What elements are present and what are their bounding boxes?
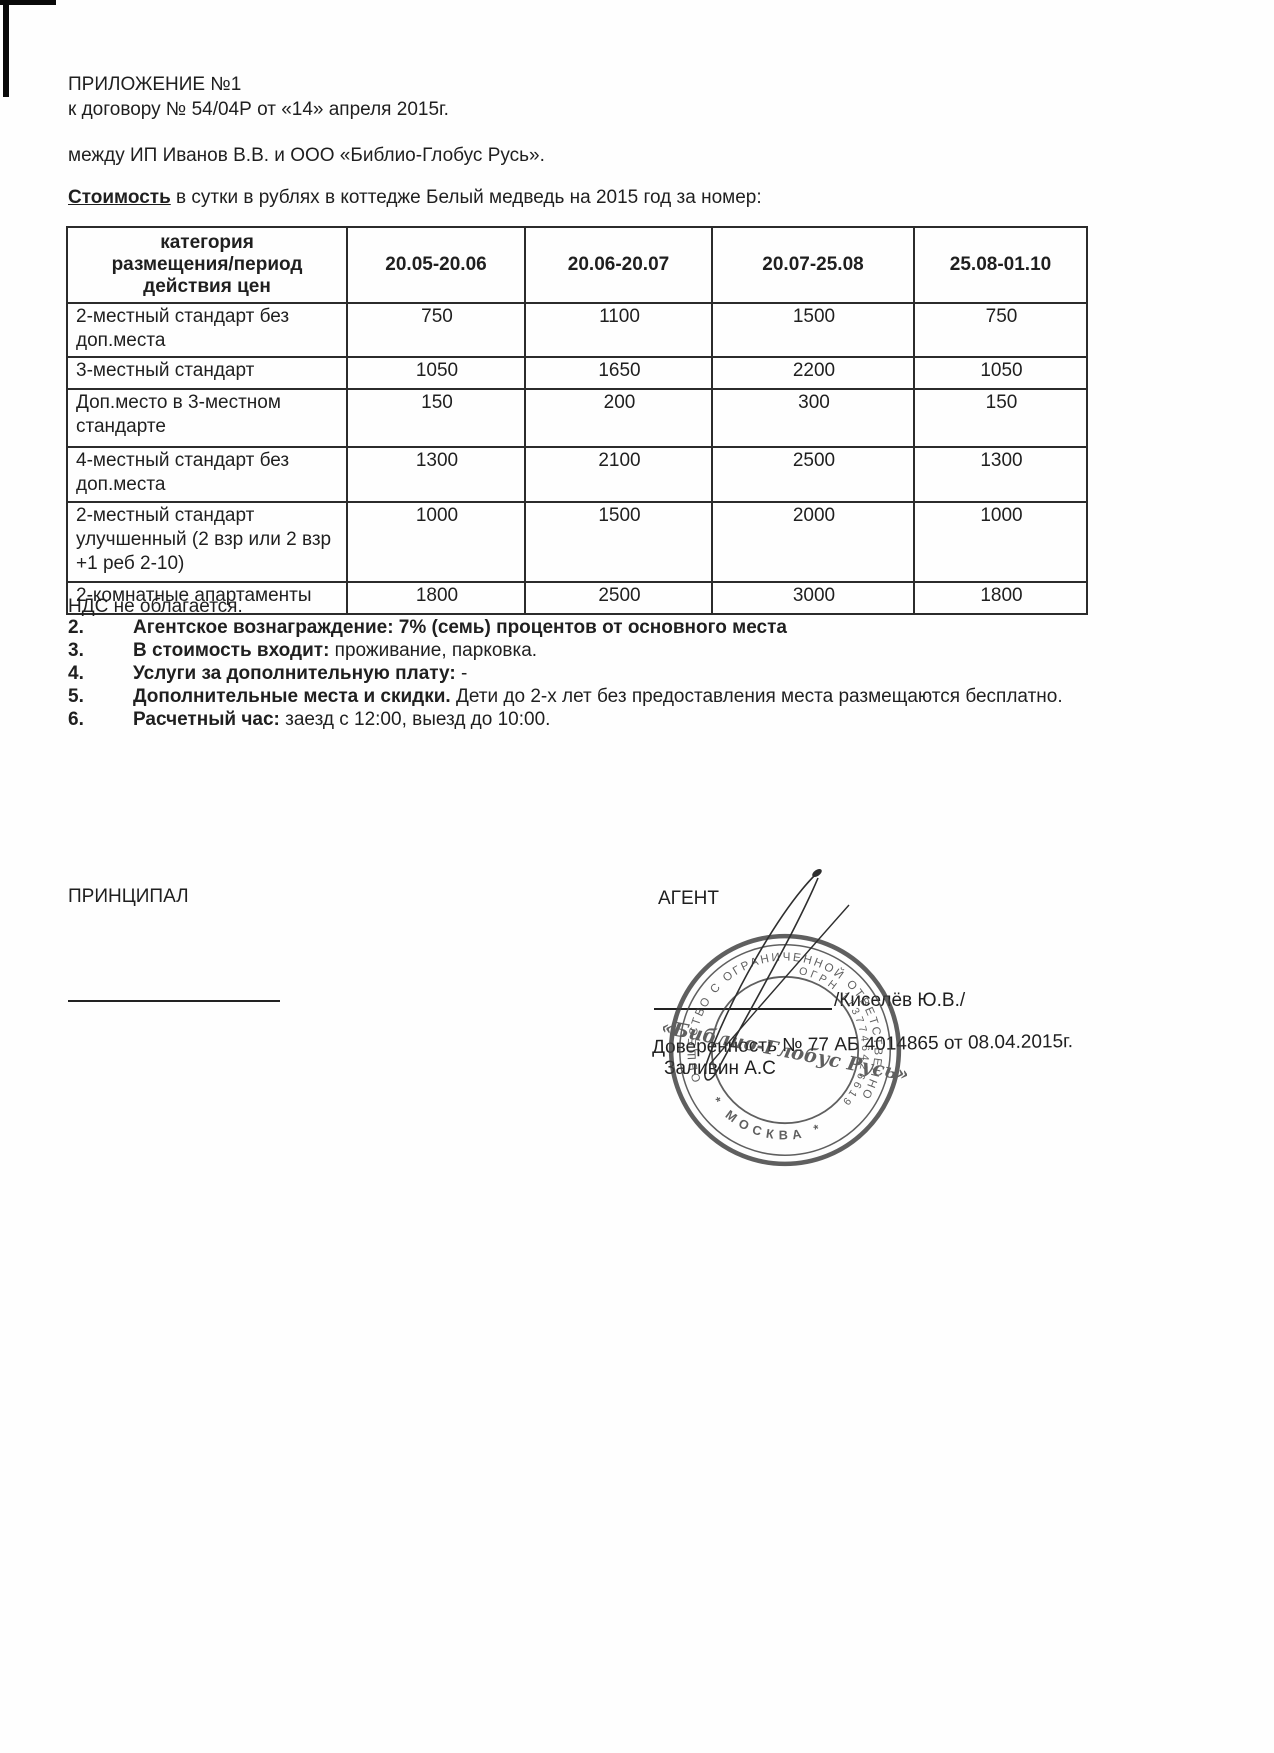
table-row: 4-местный стандарт без доп.места 1300 21… <box>67 447 1087 502</box>
column-header-period-2: 20.06-20.07 <box>525 227 712 303</box>
note-item: 5. Дополнительные места и скидки. Дети д… <box>68 685 1168 708</box>
row-category: 2-местный стандарт улучшенный (2 взр или… <box>67 502 347 582</box>
row-category: 3-местный стандарт <box>67 357 347 389</box>
price-cell: 1650 <box>525 357 712 389</box>
price-cell: 1050 <box>914 357 1087 389</box>
column-header-period-4: 25.08-01.10 <box>914 227 1087 303</box>
note-number: 4. <box>68 662 133 685</box>
note-number: 2. <box>68 616 133 639</box>
principal-label: ПРИНЦИПАЛ <box>68 884 189 909</box>
price-intro-line: Стоимость в сутки в рублях в коттедже Бе… <box>68 185 762 210</box>
price-table: категория размещения/период действия цен… <box>66 226 1088 615</box>
parties-line: между ИП Иванов В.В. и ООО «Библио-Глобу… <box>68 143 545 168</box>
table-row: 3-местный стандарт 1050 1650 2200 1050 <box>67 357 1087 389</box>
price-cell: 2200 <box>712 357 914 389</box>
price-cell: 2500 <box>712 447 914 502</box>
price-intro-rest: в сутки в рублях в коттедже Белый медвед… <box>171 187 762 208</box>
price-cell: 2500 <box>525 582 712 614</box>
row-category: 4-местный стандарт без доп.места <box>67 447 347 502</box>
price-cell: 1000 <box>347 502 525 582</box>
price-cell: 1800 <box>914 582 1087 614</box>
note-number: 6. <box>68 708 133 731</box>
note-number: 3. <box>68 639 133 662</box>
price-cell: 200 <box>525 389 712 447</box>
table-row: Доп.место в 3-местном стандарте 150 200 … <box>67 389 1087 447</box>
table-row: 2-местный стандарт без доп.места 750 110… <box>67 303 1087 357</box>
scanned-document-page: ПРИЛОЖЕНИЕ №1 к договору № 54/04Р от «14… <box>0 0 1274 1753</box>
price-cell: 1300 <box>347 447 525 502</box>
price-cell: 1000 <box>914 502 1087 582</box>
table-header-row: категория размещения/период действия цен… <box>67 227 1087 303</box>
price-cell: 150 <box>914 389 1087 447</box>
note-item: 4. Услуги за дополнительную плату: - <box>68 662 1168 685</box>
column-header-period-1: 20.05-20.06 <box>347 227 525 303</box>
note-item: 6. Расчетный час: заезд с 12:00, выезд д… <box>68 708 1168 731</box>
price-cell: 1500 <box>525 502 712 582</box>
table-row: 2-местный стандарт улучшенный (2 взр или… <box>67 502 1087 582</box>
price-cell: 750 <box>914 303 1087 357</box>
price-cell: 1300 <box>914 447 1087 502</box>
contract-reference-line: к договору № 54/04Р от «14» апреля 2015г… <box>68 97 449 122</box>
price-cell: 2000 <box>712 502 914 582</box>
note-item: 2. Агентское вознаграждение: 7% (семь) п… <box>68 616 1168 639</box>
price-intro-lead: Стоимость <box>68 187 171 208</box>
column-header-category: категория размещения/период действия цен <box>67 227 347 303</box>
price-cell: 750 <box>347 303 525 357</box>
price-cell: 150 <box>347 389 525 447</box>
price-cell: 2100 <box>525 447 712 502</box>
price-cell: 1050 <box>347 357 525 389</box>
handwritten-signature <box>620 850 880 1100</box>
price-cell: 1100 <box>525 303 712 357</box>
price-cell: 3000 <box>712 582 914 614</box>
price-cell: 1500 <box>712 303 914 357</box>
price-cell: 1800 <box>347 582 525 614</box>
page-corner-mark <box>3 0 9 97</box>
note-item: 3. В стоимость входит: проживание, парко… <box>68 639 1168 662</box>
principal-signature-line <box>68 1000 280 1002</box>
appendix-title: ПРИЛОЖЕНИЕ №1 <box>68 72 241 97</box>
row-category: 2-местный стандарт без доп.места <box>67 303 347 357</box>
row-category: Доп.место в 3-местном стандарте <box>67 389 347 447</box>
note-number: 5. <box>68 685 133 708</box>
price-cell: 300 <box>712 389 914 447</box>
column-header-period-3: 20.07-25.08 <box>712 227 914 303</box>
